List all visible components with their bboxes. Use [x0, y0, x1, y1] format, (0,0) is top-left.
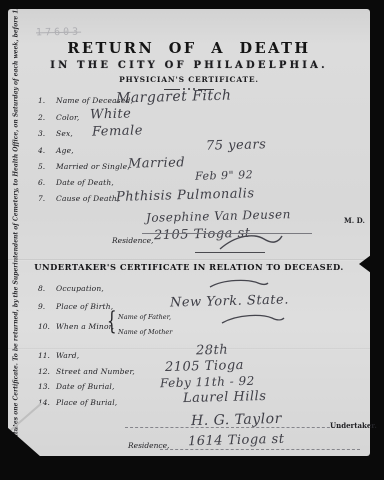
- undertaker-signature: H. G. Taylor: [191, 411, 282, 429]
- field-label: Date of Burial,: [56, 382, 115, 391]
- field-number: 5.: [38, 162, 45, 171]
- certificate-stamp-number: 17603: [36, 27, 81, 39]
- undertaker-section-title: UNDERTAKER'S CERTIFICATE IN RELATION TO …: [8, 262, 370, 272]
- field-label: Age,: [56, 146, 74, 155]
- physician-residence-label: Residence,: [112, 236, 153, 245]
- death-certificate-page: This constitutes one Certificate. To be …: [8, 9, 370, 456]
- handwritten-color: White: [90, 106, 132, 122]
- field-number: 8.: [38, 284, 45, 293]
- field-number: 4.: [38, 146, 45, 155]
- handwritten-date-of-death: Feb 9" 92: [195, 168, 253, 183]
- field-label: Street and Number,: [56, 367, 135, 376]
- field-number: 13.: [38, 382, 50, 391]
- field-label: Ward,: [56, 351, 79, 360]
- handwritten-married-or-single: Married: [128, 155, 186, 171]
- document-subtitle: IN THE CITY OF PHILADELPHIA.: [8, 60, 370, 71]
- physician-signature: Josephine Van Deusen: [146, 207, 291, 225]
- handwritten-ward: 28th: [196, 343, 229, 359]
- field-number: 3.: [38, 129, 45, 138]
- minor-brace: {: [107, 306, 117, 337]
- md-label: M. D.: [344, 216, 365, 225]
- paper-crease: [8, 348, 370, 350]
- handwritten-place-of-birth: New York. State.: [170, 292, 289, 310]
- handwritten-cause-of-death: Phthisis Pulmonalis: [116, 186, 255, 205]
- field-number: 2.: [38, 113, 45, 122]
- field-label: Place of Burial,: [56, 398, 117, 407]
- field-number: 10.: [38, 322, 50, 331]
- name-of-mother-label: Name of Mother: [118, 328, 172, 336]
- field-label: Sex,: [56, 129, 73, 138]
- undertaker-residence-value: 1614 Tioga st: [188, 432, 285, 450]
- page-edge-notch: [359, 255, 371, 273]
- field-number: 7.: [38, 194, 45, 203]
- document-title: RETURN OF A DEATH: [8, 40, 370, 57]
- field-label: Cause of Death,: [56, 194, 120, 203]
- field-label: Married or Single,: [56, 162, 130, 171]
- field-label: Color,: [56, 113, 80, 122]
- field-label: When a Minor,: [56, 322, 114, 331]
- name-of-father-label: Name of Father,: [118, 313, 171, 321]
- section-divider-rule: [195, 252, 265, 253]
- physician-section-title: PHYSICIAN'S CERTIFICATE.: [8, 75, 370, 84]
- handwritten-street-and-number: 2105 Tioga: [165, 358, 244, 375]
- handwritten-sex: Female: [92, 123, 143, 139]
- undertaker-label: Undertaker.: [330, 421, 377, 430]
- field-label: Occupation,: [56, 284, 104, 293]
- handwritten-place-of-burial: Laurel Hills: [183, 389, 267, 406]
- field-label: Place of Birth,: [56, 302, 113, 311]
- handwritten-date-of-burial: Feby 11th - 92: [160, 374, 255, 390]
- blank-flourish-dash: [220, 311, 286, 327]
- handwritten-name-of-deceased: Margaret Fitch: [116, 87, 232, 106]
- handwritten-age: 75 years: [206, 137, 267, 154]
- field-number: 9.: [38, 302, 45, 311]
- field-number: 1.: [38, 96, 45, 105]
- field-number: 12.: [38, 367, 50, 376]
- blank-flourish-dash: [208, 277, 270, 291]
- field-number: 11.: [38, 351, 50, 360]
- field-number: 6.: [38, 178, 45, 187]
- field-label: Date of Death,: [56, 178, 114, 187]
- paper-crease: [8, 259, 370, 261]
- pen-flourish-mark: [218, 231, 284, 253]
- folded-corner: [7, 427, 41, 457]
